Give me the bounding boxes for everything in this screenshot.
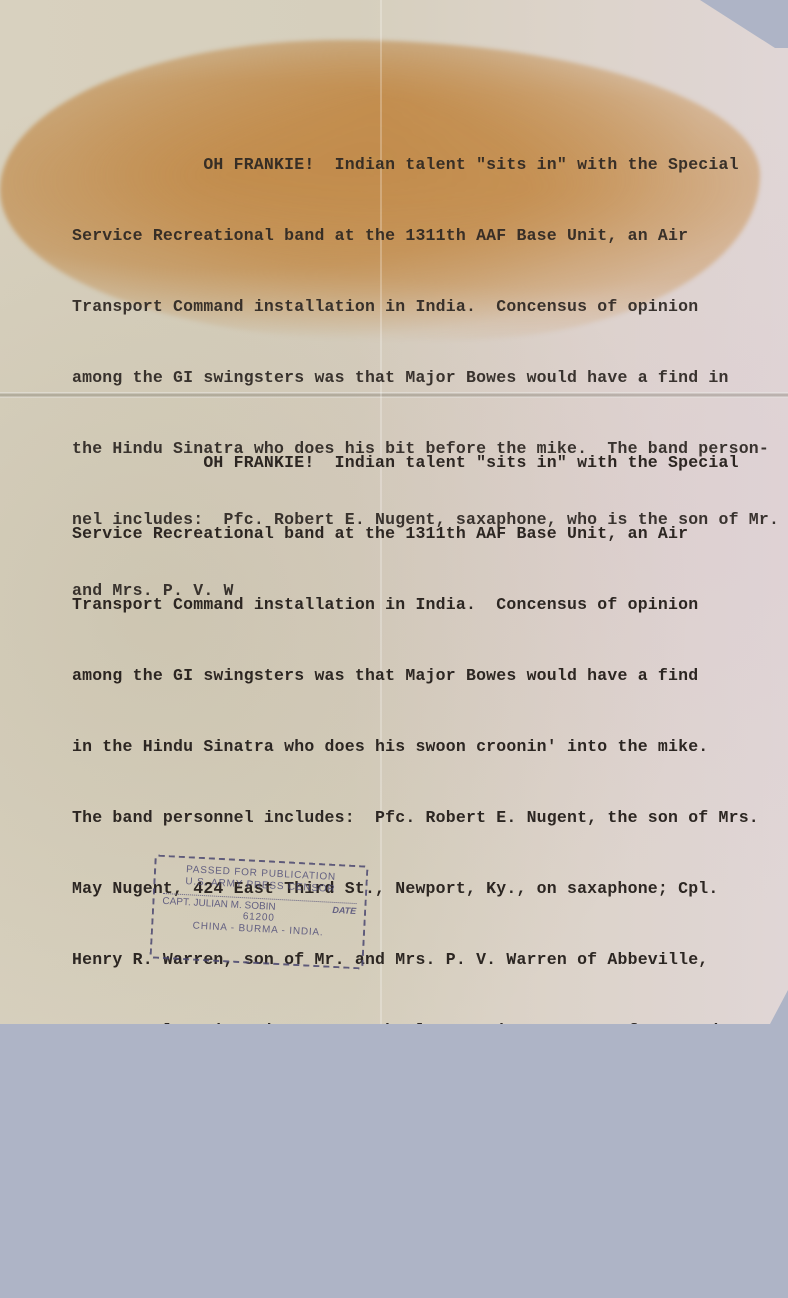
final-line: The band personnel includes: Pfc. Robert…	[72, 801, 759, 834]
final-line: Ga., on electric guitar; Sgt. Charles T.…	[72, 1014, 759, 1024]
draft-line: OH FRANKIE! Indian talent "sits in" with…	[72, 148, 779, 181]
final-line: among the GI swingsters was that Major B…	[72, 659, 759, 692]
final-line: Service Recreational band at the 1311th …	[72, 517, 759, 550]
censor-stamp: PASSED FOR PUBLICATION U.S. ARMY PRESS C…	[149, 854, 368, 969]
final-line: in the Hindu Sinatra who does his swoon …	[72, 730, 759, 763]
document-paper: OH FRANKIE! Indian talent "sits in" with…	[0, 0, 788, 1024]
draft-line: Service Recreational band at the 1311th …	[72, 219, 779, 252]
final-line: Transport Command installation in India.…	[72, 588, 759, 621]
final-line: OH FRANKIE! Indian talent "sits in" with…	[72, 446, 759, 479]
draft-line: among the GI swingsters was that Major B…	[72, 361, 779, 394]
draft-line: Transport Command installation in India.…	[72, 290, 779, 323]
stamp-date-label: DATE	[332, 905, 356, 917]
